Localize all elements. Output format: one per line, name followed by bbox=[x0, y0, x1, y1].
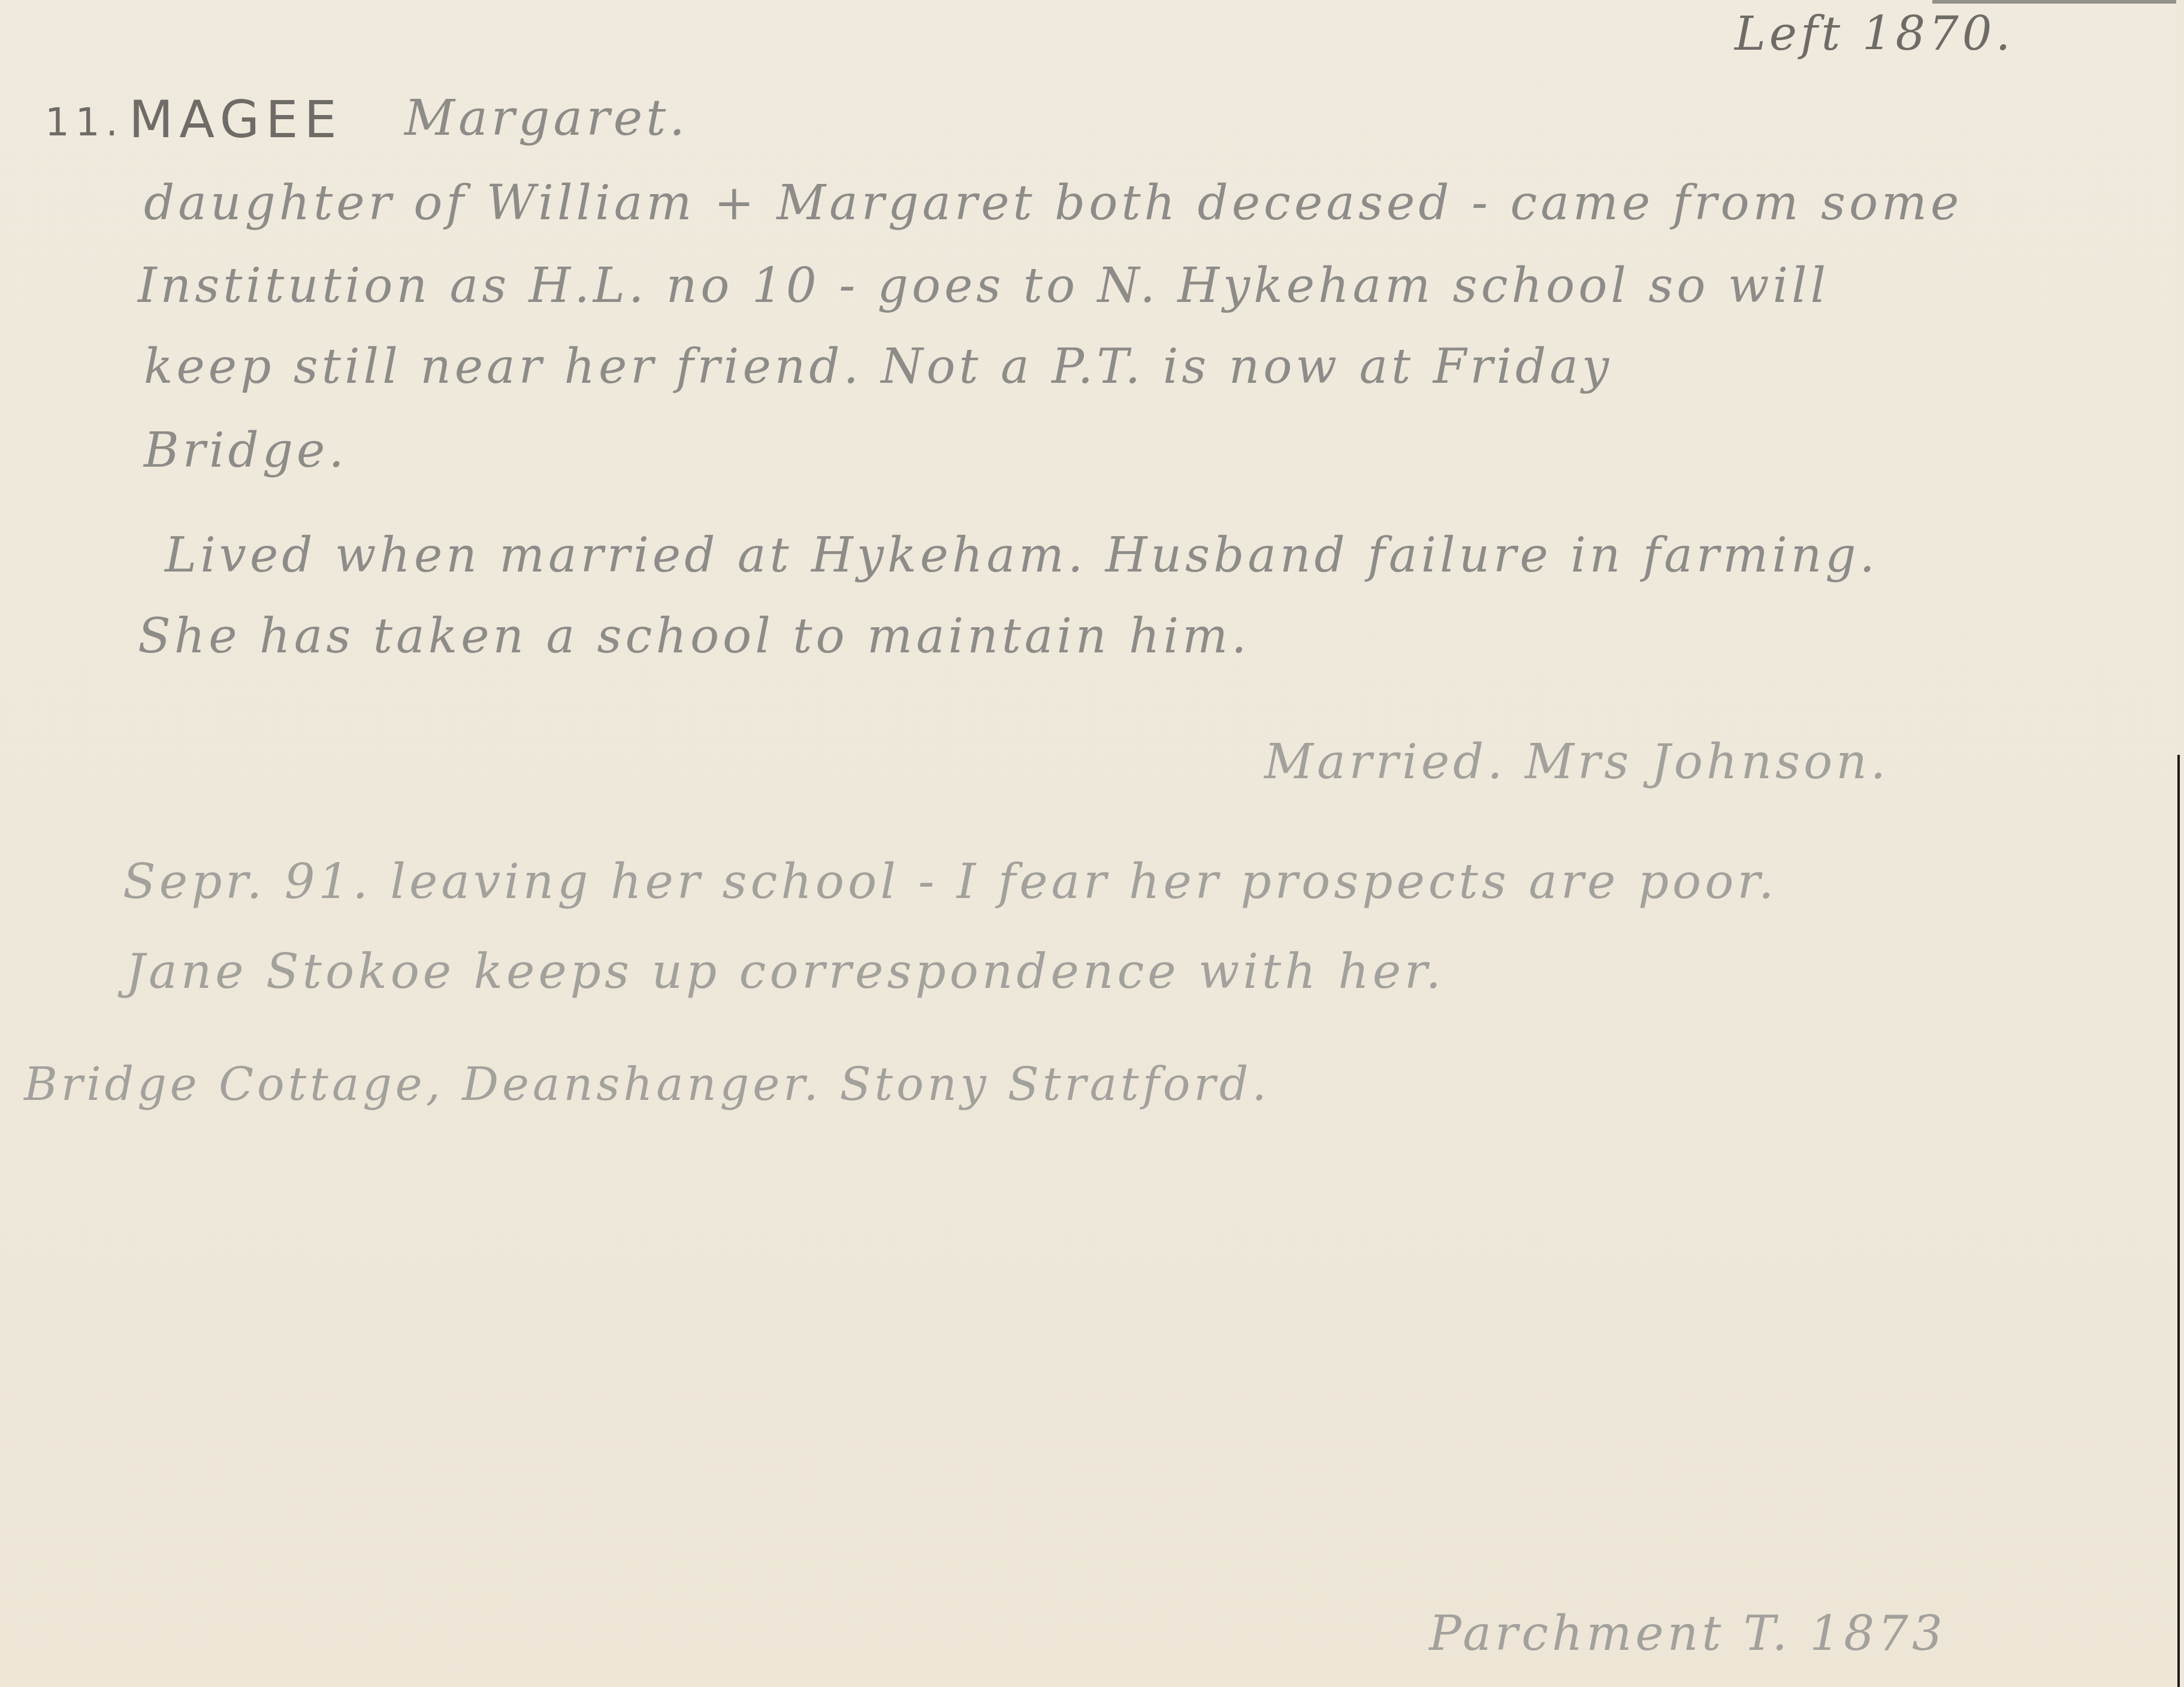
paragraph-2-line-2: She has taken a school to maintain him. bbox=[138, 608, 1250, 664]
paragraph-2-line-1: Lived when married at Hykeham. Husband f… bbox=[165, 527, 1878, 583]
paragraph-1-line-2: Institution as H.L. no 10 - goes to N. H… bbox=[138, 258, 1829, 313]
address-line: Bridge Cottage, Deanshanger. Stony Strat… bbox=[24, 1057, 1270, 1111]
page-edge-line bbox=[2177, 755, 2180, 1687]
paragraph-1-line-4: Bridge. bbox=[144, 422, 348, 478]
paragraph-1-line-1: daughter of William + Margaret both dece… bbox=[144, 175, 1962, 231]
married-note: Married. Mrs Johnson. bbox=[1264, 734, 1889, 790]
left-date: Left 1870. bbox=[1735, 7, 2014, 61]
later-note-2: Jane Stokoe keeps up correspondence with… bbox=[126, 944, 1445, 999]
entry-number: 11. bbox=[45, 101, 124, 145]
entry-forename: Margaret. bbox=[404, 90, 688, 147]
later-note-1: Sepr. 91. leaving her school - I fear he… bbox=[123, 854, 1777, 909]
document-page: Left 1870. 11. MAGEE Margaret. daughter … bbox=[0, 0, 2176, 1687]
page-edge bbox=[2176, 0, 2184, 1687]
entry-surname: MAGEE bbox=[129, 90, 343, 150]
footer-note: Parchment T. 1873 bbox=[1429, 1606, 1946, 1661]
paragraph-1-line-3: keep still near her friend. Not a P.T. i… bbox=[144, 338, 1612, 394]
page-edge-shadow bbox=[1932, 0, 2184, 4]
